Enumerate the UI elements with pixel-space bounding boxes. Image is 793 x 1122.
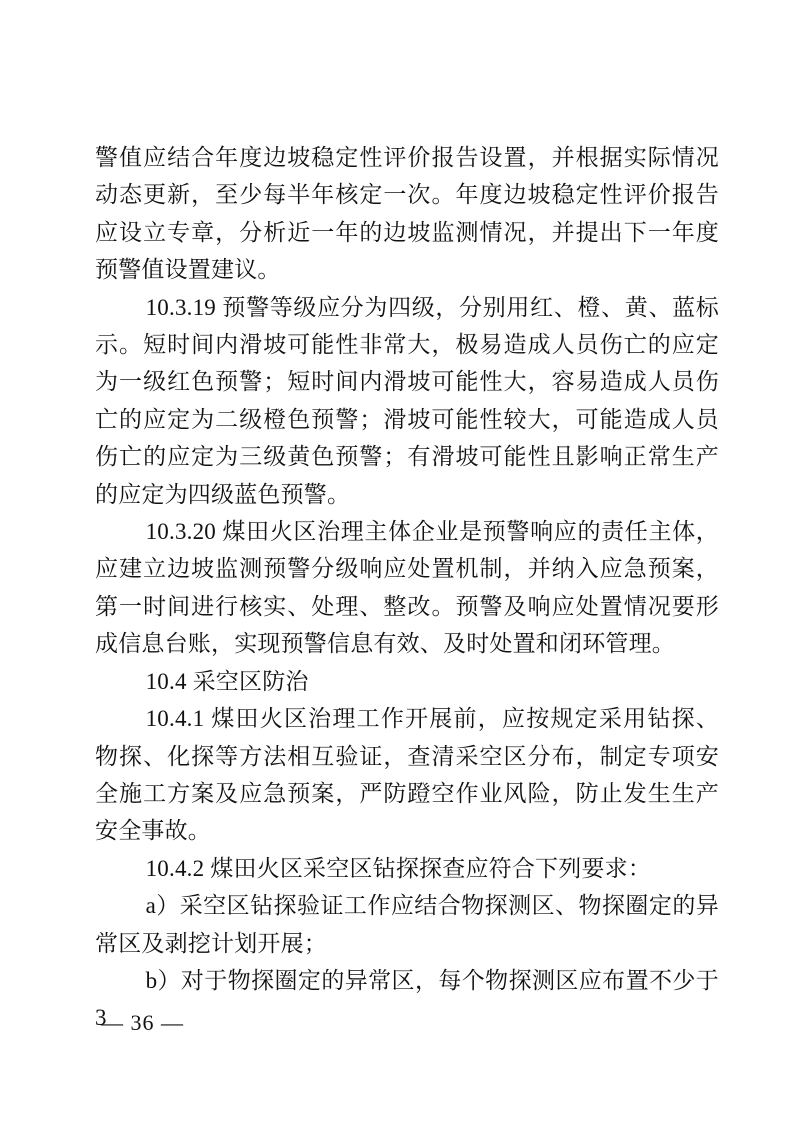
clause-10-4-2: 10.4.2 煤田火区采空区钻探探查应符合下列要求： <box>95 850 719 887</box>
list-item-a: a）采空区钻探验证工作应结合物探测区、物探圈定的异常区及剥挖计划开展； <box>95 887 719 962</box>
clause-10-3-20: 10.3.20 煤田火区治理主体企业是预警响应的责任主体，应建立边坡监测预警分级… <box>95 513 719 663</box>
list-item-b: b）对于物探圈定的异常区，每个物探测区应布置不少于3 <box>95 962 719 1037</box>
clause-10-4-1: 10.4.1 煤田火区治理工作开展前，应按规定采用钻探、物探、化探等方法相互验证… <box>95 700 719 850</box>
page-body-text: 警值应结合年度边坡稳定性评价报告设置，并根据实际情况动态更新，至少每半年核定一次… <box>95 139 719 1037</box>
section-heading-10-4: 10.4 采空区防治 <box>95 663 719 700</box>
clause-10-3-19: 10.3.19 预警等级应分为四级，分别用红、橙、黄、蓝标示。短时间内滑坡可能性… <box>95 289 719 513</box>
paragraph-continuation: 警值应结合年度边坡稳定性评价报告设置，并根据实际情况动态更新，至少每半年核定一次… <box>95 139 719 289</box>
page-number: — 36 — <box>101 1008 184 1038</box>
document-page: 警值应结合年度边坡稳定性评价报告设置，并根据实际情况动态更新，至少每半年核定一次… <box>0 0 793 1122</box>
